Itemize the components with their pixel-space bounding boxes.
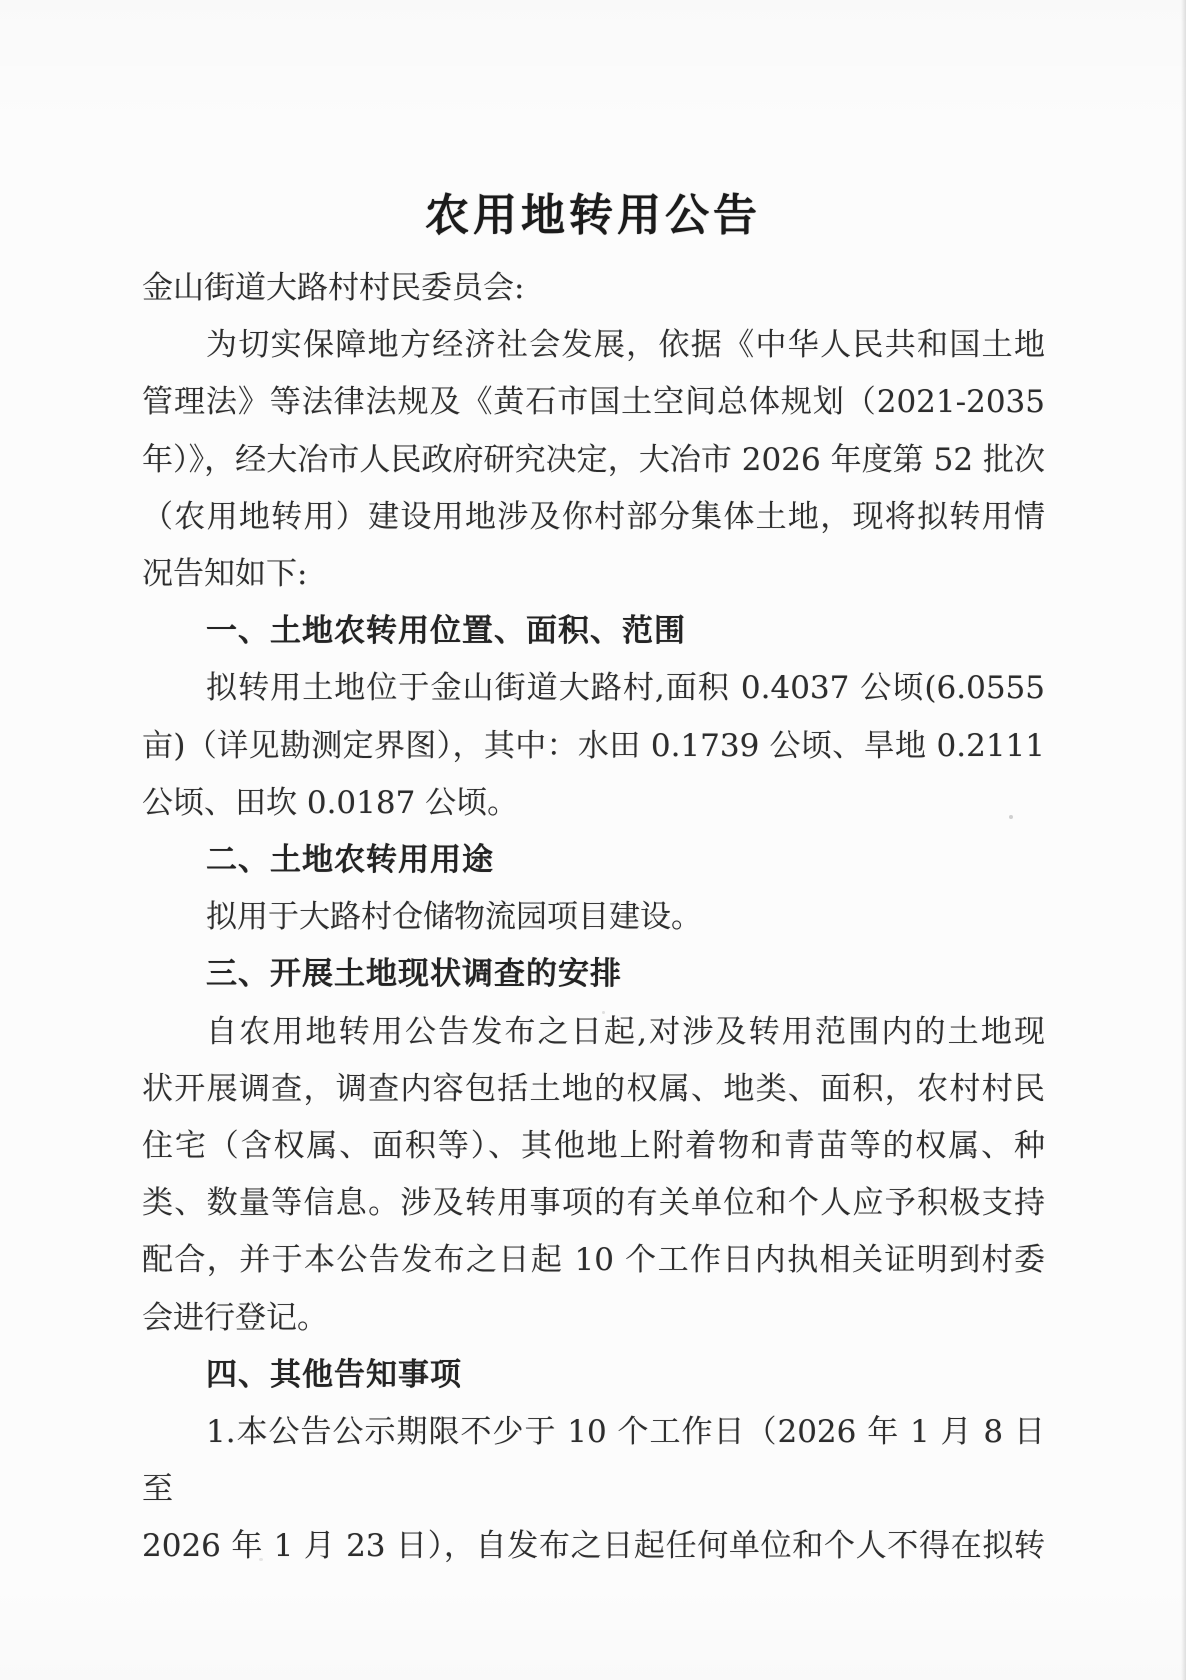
doc-line: 年）》，经大冶市人民政府研究决定，大冶市 2026 年度第 52 批次 [142,432,1045,489]
doc-line: 拟用于大路村仓储物流园项目建设。 [142,889,1045,946]
section-heading: 三、开展土地现状调查的安排 [142,946,1045,1003]
section-heading: 四、其他告知事项 [142,1347,1045,1404]
doc-line: 管理法》等法律法规及《黄石市国土空间总体规划（2021-2035 [142,374,1045,431]
scan-edge-shadow [1181,0,1186,1680]
doc-line: 2026 年 1 月 23 日），自发布之日起任何单位和个人不得在拟转 [142,1518,1045,1575]
doc-line: 类、数量等信息。涉及转用事项的有关单位和个人应予积极支持 [142,1175,1045,1232]
section-heading: 一、土地农转用位置、面积、范围 [142,603,1045,660]
doc-line: 配合，并于本公告发布之日起 10 个工作日内执相关证明到村委 [142,1232,1045,1289]
doc-line: 状开展调查，调查内容包括土地的权属、地类、面积，农村村民 [142,1061,1045,1118]
doc-line: 会进行登记。 [142,1290,1045,1347]
scanned-document-page: 农用地转用公告 金山街道大路村村民委员会:为切实保障地方经济社会发展，依据《中华… [0,0,1186,1680]
doc-line: （农用地转用）建设用地涉及你村部分集体土地，现将拟转用情 [142,489,1045,546]
doc-line: 亩)（详见勘测定界图），其中：水田 0.1739 公顷、旱地 0.2111 [142,718,1045,775]
section-heading: 二、土地农转用用途 [142,832,1045,889]
doc-line: 自农用地转用公告发布之日起,对涉及转用范围内的土地现 [142,1004,1045,1061]
document-title: 农用地转用公告 [0,190,1186,242]
doc-line: 公顷、田坎 0.0187 公顷。 [142,775,1045,832]
doc-line: 为切实保障地方经济社会发展，依据《中华人民共和国土地 [142,317,1045,374]
doc-line: 1.本公告公示期限不少于 10 个工作日（2026 年 1 月 8 日至 [142,1404,1045,1518]
doc-line: 况告知如下: [142,546,1045,603]
doc-line: 拟转用土地位于金山街道大路村,面积 0.4037 公顷(6.0555 [142,660,1045,717]
document-body: 金山街道大路村村民委员会:为切实保障地方经济社会发展，依据《中华人民共和国土地管… [142,260,1045,1576]
doc-line: 住宅（含权属、面积等）、其他地上附着物和青苗等的权属、种 [142,1118,1045,1175]
doc-line: 金山街道大路村村民委员会: [142,260,1045,317]
